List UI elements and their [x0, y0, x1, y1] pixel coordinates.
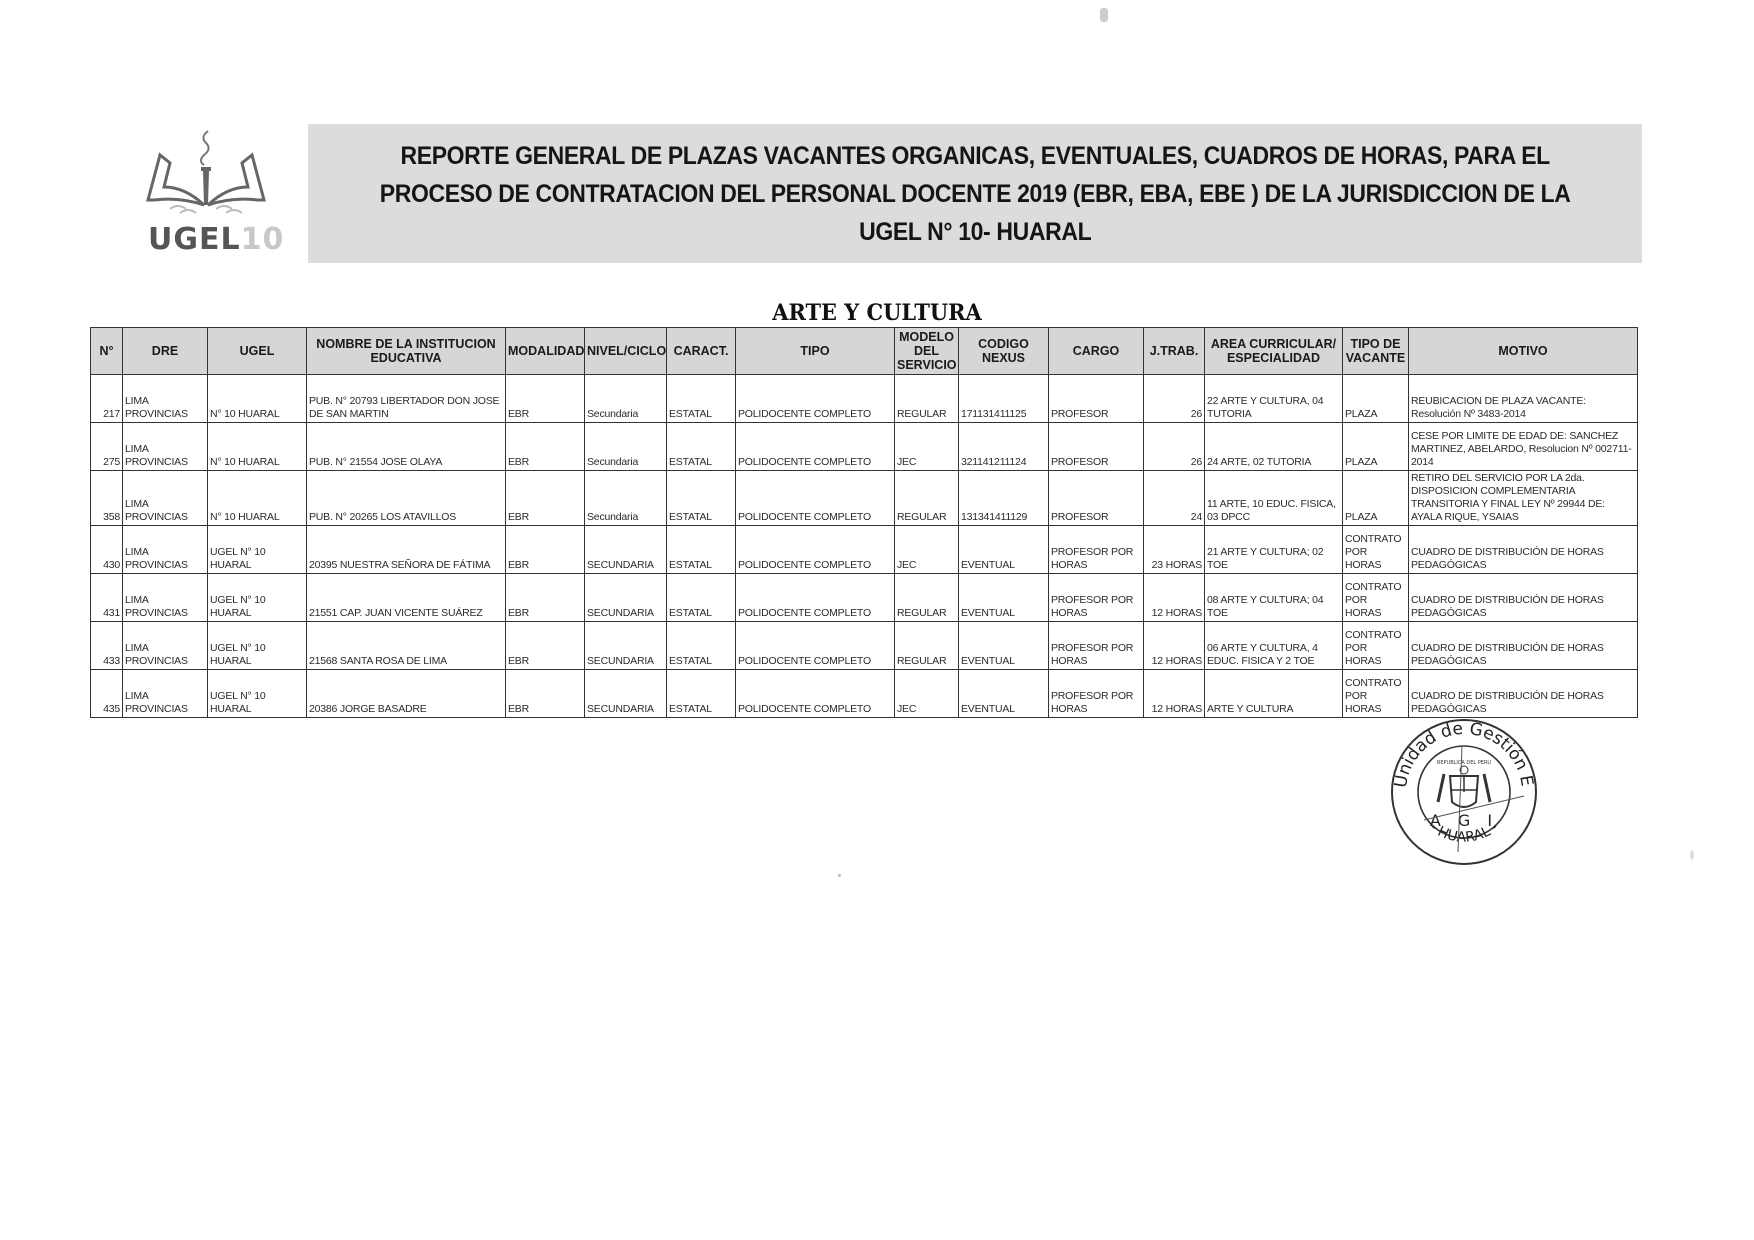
cell-tipo-vacante: PLAZA: [1343, 471, 1409, 526]
table-row: 431LIMA PROVINCIASUGEL N° 10 HUARAL21551…: [91, 574, 1638, 622]
cell-dre: LIMA PROVINCIAS: [123, 670, 208, 718]
cell-jornada: 12 HORAS: [1144, 622, 1205, 670]
cell-cargo: PROFESOR POR HORAS: [1049, 670, 1144, 718]
cell-institucion: PUB. N° 20793 LIBERTADOR DON JOSE DE SAN…: [307, 375, 506, 423]
cell-cargo: PROFESOR POR HORAS: [1049, 526, 1144, 574]
table-row: 275LIMA PROVINCIASN° 10 HUARALPUB. N° 21…: [91, 423, 1638, 471]
cell-cargo: PROFESOR: [1049, 375, 1144, 423]
cell-tipo-vacante: CONTRATO POR HORAS: [1343, 670, 1409, 718]
cell-n: 433: [91, 622, 123, 670]
cell-caract: ESTATAL: [667, 526, 736, 574]
column-header-tipo-vacante: TIPO DE VACANTE: [1343, 328, 1409, 375]
cell-codigo-nexus: 171131411125: [959, 375, 1049, 423]
table-row: 435LIMA PROVINCIASUGEL N° 10 HUARAL20386…: [91, 670, 1638, 718]
cell-nivel: SECUNDARIA: [585, 622, 667, 670]
cell-nivel: SECUNDARIA: [585, 670, 667, 718]
svg-text:REPUBLICA DEL PERU: REPUBLICA DEL PERU: [1437, 760, 1492, 766]
cell-jornada: 24: [1144, 471, 1205, 526]
cell-modalidad: EBR: [506, 471, 585, 526]
cell-motivo: RETIRO DEL SERVICIO POR LA 2da. DISPOSIC…: [1409, 471, 1638, 526]
section-title: ARTE Y CULTURA: [44, 300, 1710, 326]
cell-caract: ESTATAL: [667, 375, 736, 423]
cell-n: 358: [91, 471, 123, 526]
cell-tipo-vacante: PLAZA: [1343, 375, 1409, 423]
cell-ugel: UGEL N° 10 HUARAL: [208, 670, 307, 718]
cell-caract: ESTATAL: [667, 670, 736, 718]
cell-institucion: 20386 JORGE BASADRE: [307, 670, 506, 718]
cell-nivel: Secundaria: [585, 375, 667, 423]
cell-nivel: SECUNDARIA: [585, 574, 667, 622]
cell-modelo: JEC: [895, 526, 959, 574]
cell-modalidad: EBR: [506, 622, 585, 670]
cell-motivo: CESE POR LIMITE DE EDAD DE: SANCHEZ MART…: [1409, 423, 1638, 471]
table-row: 217LIMA PROVINCIASN° 10 HUARALPUB. N° 20…: [91, 375, 1638, 423]
cell-ugel: UGEL N° 10 HUARAL: [208, 574, 307, 622]
cell-tipo: POLIDOCENTE COMPLETO: [736, 526, 895, 574]
cell-caract: ESTATAL: [667, 574, 736, 622]
column-header-nivel: NIVEL/CICLO: [585, 328, 667, 375]
cell-n: 217: [91, 375, 123, 423]
cell-institucion: PUB. N° 20265 LOS ATAVILLOS: [307, 471, 506, 526]
table-header-row: N°DREUGELNOMBRE DE LA INSTITUCION EDUCAT…: [91, 328, 1638, 375]
cell-institucion: 20395 NUESTRA SEÑORA DE FÁTIMA: [307, 526, 506, 574]
cell-n: 430: [91, 526, 123, 574]
cell-n: 275: [91, 423, 123, 471]
svg-text:A G I: A G I: [1430, 811, 1498, 830]
table-row: 358LIMA PROVINCIASN° 10 HUARALPUB. N° 20…: [91, 471, 1638, 526]
column-header-codigo-nexus: CODIGO NEXUS: [959, 328, 1049, 375]
cell-jornada: 12 HORAS: [1144, 574, 1205, 622]
scan-artifact: [838, 874, 841, 877]
cell-modelo: REGULAR: [895, 622, 959, 670]
cell-codigo-nexus: EVENTUAL: [959, 526, 1049, 574]
cell-tipo-vacante: CONTRATO POR HORAS: [1343, 574, 1409, 622]
cell-institucion: 21568 SANTA ROSA DE LIMA: [307, 622, 506, 670]
logo-wordmark: UGEL10: [148, 222, 284, 257]
cell-area: 24 ARTE, 02 TUTORIA: [1205, 423, 1343, 471]
cell-modelo: REGULAR: [895, 574, 959, 622]
cell-tipo: POLIDOCENTE COMPLETO: [736, 375, 895, 423]
cell-codigo-nexus: 321141211124: [959, 423, 1049, 471]
cell-dre: LIMA PROVINCIAS: [123, 526, 208, 574]
cell-motivo: CUADRO DE DISTRIBUCIÓN DE HORAS PEDAGÓGI…: [1409, 622, 1638, 670]
column-header-modelo: MODELO DEL SERVICIO: [895, 328, 959, 375]
cell-codigo-nexus: 131341411129: [959, 471, 1049, 526]
cell-cargo: PROFESOR POR HORAS: [1049, 574, 1144, 622]
cell-caract: ESTATAL: [667, 423, 736, 471]
cell-nivel: Secundaria: [585, 423, 667, 471]
column-header-institucion: NOMBRE DE LA INSTITUCION EDUCATIVA: [307, 328, 506, 375]
column-header-jornada: J.TRAB.: [1144, 328, 1205, 375]
cell-jornada: 12 HORAS: [1144, 670, 1205, 718]
cell-ugel: N° 10 HUARAL: [208, 423, 307, 471]
peru-coat-of-arms-icon: [1438, 766, 1490, 807]
cell-modelo: REGULAR: [895, 471, 959, 526]
report-title: REPORTE GENERAL DE PLAZAS VACANTES ORGAN…: [380, 137, 1571, 251]
cell-tipo: POLIDOCENTE COMPLETO: [736, 423, 895, 471]
column-header-caract: CARACT.: [667, 328, 736, 375]
cell-ugel: UGEL N° 10 HUARAL: [208, 622, 307, 670]
cell-modalidad: EBR: [506, 574, 585, 622]
column-header-dre: DRE: [123, 328, 208, 375]
cell-jornada: 26: [1144, 423, 1205, 471]
official-stamp: Unidad de Gestión Educativa Local N° 10 …: [1384, 712, 1544, 872]
cell-caract: ESTATAL: [667, 622, 736, 670]
cell-tipo: POLIDOCENTE COMPLETO: [736, 574, 895, 622]
cell-motivo: CUADRO DE DISTRIBUCIÓN DE HORAS PEDAGÓGI…: [1409, 670, 1638, 718]
column-header-n: N°: [91, 328, 123, 375]
cell-jornada: 23 HORAS: [1144, 526, 1205, 574]
cell-motivo: REUBICACION DE PLAZA VACANTE: Resolución…: [1409, 375, 1638, 423]
cell-dre: LIMA PROVINCIAS: [123, 423, 208, 471]
cell-tipo-vacante: CONTRATO POR HORAS: [1343, 526, 1409, 574]
cell-dre: LIMA PROVINCIAS: [123, 622, 208, 670]
cell-n: 431: [91, 574, 123, 622]
report-title-banner: REPORTE GENERAL DE PLAZAS VACANTES ORGAN…: [308, 124, 1642, 263]
cell-area: ARTE Y CULTURA: [1205, 670, 1343, 718]
column-header-ugel: UGEL: [208, 328, 307, 375]
cell-codigo-nexus: EVENTUAL: [959, 670, 1049, 718]
cell-area: 21 ARTE Y CULTURA; 02 TOE: [1205, 526, 1343, 574]
cell-caract: ESTATAL: [667, 471, 736, 526]
cell-dre: LIMA PROVINCIAS: [123, 375, 208, 423]
cell-motivo: CUADRO DE DISTRIBUCIÓN DE HORAS PEDAGÓGI…: [1409, 526, 1638, 574]
cell-cargo: PROFESOR: [1049, 471, 1144, 526]
cell-cargo: PROFESOR POR HORAS: [1049, 622, 1144, 670]
cell-modelo: JEC: [895, 423, 959, 471]
cell-modelo: REGULAR: [895, 375, 959, 423]
cell-modalidad: EBR: [506, 423, 585, 471]
cell-modalidad: EBR: [506, 375, 585, 423]
column-header-modalidad: MODALIDAD: [506, 328, 585, 375]
cell-motivo: CUADRO DE DISTRIBUCIÓN DE HORAS PEDAGÓGI…: [1409, 574, 1638, 622]
column-header-cargo: CARGO: [1049, 328, 1144, 375]
cell-jornada: 26: [1144, 375, 1205, 423]
cell-nivel: SECUNDARIA: [585, 526, 667, 574]
cell-cargo: PROFESOR: [1049, 423, 1144, 471]
cell-tipo: POLIDOCENTE COMPLETO: [736, 622, 895, 670]
scan-artifact: [1100, 8, 1108, 22]
table-row: 430LIMA PROVINCIASUGEL N° 10 HUARAL20395…: [91, 526, 1638, 574]
cell-tipo-vacante: PLAZA: [1343, 423, 1409, 471]
cell-tipo: POLIDOCENTE COMPLETO: [736, 670, 895, 718]
cell-modelo: JEC: [895, 670, 959, 718]
cell-institucion: 21551 CAP. JUAN VICENTE SUÁREZ: [307, 574, 506, 622]
cell-codigo-nexus: EVENTUAL: [959, 622, 1049, 670]
cell-tipo: POLIDOCENTE COMPLETO: [736, 471, 895, 526]
cell-area: 22 ARTE Y CULTURA, 04 TUTORIA: [1205, 375, 1343, 423]
cell-modalidad: EBR: [506, 526, 585, 574]
cell-modalidad: EBR: [506, 670, 585, 718]
vacancies-table: N°DREUGELNOMBRE DE LA INSTITUCION EDUCAT…: [90, 327, 1638, 718]
cell-codigo-nexus: EVENTUAL: [959, 574, 1049, 622]
cell-n: 435: [91, 670, 123, 718]
cell-ugel: N° 10 HUARAL: [208, 471, 307, 526]
scan-artifact: [1690, 850, 1694, 860]
column-header-motivo: MOTIVO: [1409, 328, 1638, 375]
column-header-tipo: TIPO: [736, 328, 895, 375]
cell-tipo-vacante: CONTRATO POR HORAS: [1343, 622, 1409, 670]
cell-nivel: Secundaria: [585, 471, 667, 526]
cell-area: 11 ARTE, 10 EDUC. FISICA, 03 DPCC: [1205, 471, 1343, 526]
cell-dre: LIMA PROVINCIAS: [123, 574, 208, 622]
cell-ugel: N° 10 HUARAL: [208, 375, 307, 423]
table-row: 433LIMA PROVINCIASUGEL N° 10 HUARAL21568…: [91, 622, 1638, 670]
cell-dre: LIMA PROVINCIAS: [123, 471, 208, 526]
cell-ugel: UGEL N° 10 HUARAL: [208, 526, 307, 574]
column-header-area: AREA CURRICULAR/ ESPECIALIDAD: [1205, 328, 1343, 375]
cell-area: 06 ARTE Y CULTURA, 4 EDUC. FISICA Y 2 TO…: [1205, 622, 1343, 670]
cell-area: 08 ARTE Y CULTURA; 04 TOE: [1205, 574, 1343, 622]
cell-institucion: PUB. N° 21554 JOSE OLAYA: [307, 423, 506, 471]
